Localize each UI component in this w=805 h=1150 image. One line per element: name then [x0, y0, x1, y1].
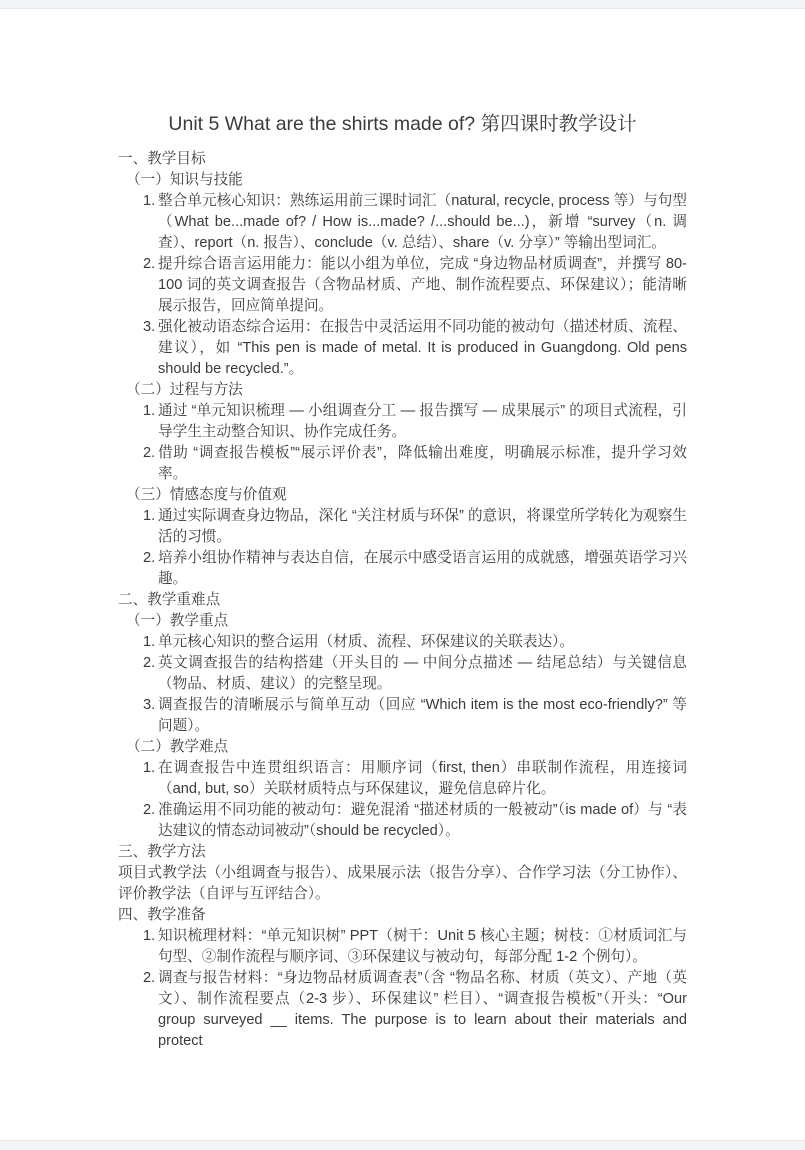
list-item: 2.准确运用不同功能的被动句：避免混淆 “描述材质的一般被动”（is made … — [118, 800, 687, 842]
list-item-number: 2. — [143, 443, 155, 464]
list-item-number: 2. — [143, 968, 155, 989]
list-item-number: 1. — [143, 632, 155, 653]
list-item-number: 3. — [143, 317, 155, 338]
list-item-number: 3. — [143, 695, 155, 716]
list-item: 1.通过实际调查身边物品，深化 “关注材质与环保” 的意识，将课堂所学转化为观察… — [118, 506, 687, 548]
list-item-text: 单元核心知识的整合运用（材质、流程、环保建议的关联表达）。 — [158, 634, 574, 650]
list-item: 1.在调查报告中连贯组织语言：用顺序词（first, then）串联制作流程，用… — [118, 758, 687, 800]
list-item-text: 英文调查报告的结构搭建（开头目的 — 中间分点描述 — 结尾总结）与关键信息（物… — [158, 655, 687, 692]
list-item-text: 通过 “单元知识梳理 — 小组调查分工 — 报告撰写 — 成果展示” 的项目式流… — [158, 403, 687, 440]
list-item-number: 1. — [143, 506, 155, 527]
document-body: 一、教学目标（一）知识与技能1.整合单元核心知识：熟练运用前三课时词汇（natu… — [118, 149, 687, 1052]
list-item-text: 强化被动语态综合运用：在报告中灵活运用不同功能的被动句（描述材质、流程、建议），… — [158, 319, 687, 377]
list-item-text: 通过实际调查身边物品，深化 “关注材质与环保” 的意识，将课堂所学转化为观察生活… — [158, 508, 687, 545]
document-content: Unit 5 What are the shirts made of? 第四课时… — [118, 111, 687, 1052]
subsection-heading: （一）教学重点 — [118, 611, 687, 632]
list-item: 2.培养小组协作精神与表达自信，在展示中感受语言运用的成就感，增强英语学习兴趣。 — [118, 548, 687, 590]
list-item-number: 1. — [143, 758, 155, 779]
list-item-text: 准确运用不同功能的被动句：避免混淆 “描述材质的一般被动”（is made of… — [158, 802, 687, 839]
list-item: 2.调查与报告材料：“身边物品材质调查表”（含 “物品名称、材质（英文）、产地（… — [118, 968, 687, 1052]
list-item-number: 1. — [143, 191, 155, 212]
list-item-text: 知识梳理材料：“单元知识树” PPT（树干：Unit 5 核心主题；树枝：①材质… — [158, 928, 687, 965]
section-heading: 一、教学目标 — [118, 149, 687, 170]
list-item-text: 调查报告的清晰展示与简单互动（回应 “Which item is the mos… — [158, 697, 687, 734]
page-title: Unit 5 What are the shirts made of? 第四课时… — [118, 111, 687, 137]
list-item-number: 2. — [143, 800, 155, 821]
document-page: Unit 5 What are the shirts made of? 第四课时… — [0, 8, 805, 1141]
document-viewer: { "page": { "viewer_background": "#f3f4f… — [0, 0, 805, 1150]
list-item-number: 2. — [143, 548, 155, 569]
list-item-text: 培养小组协作精神与表达自信，在展示中感受语言运用的成就感，增强英语学习兴趣。 — [158, 550, 687, 587]
list-item-number: 1. — [143, 926, 155, 947]
subsection-heading: （二）过程与方法 — [118, 380, 687, 401]
list-item: 3.强化被动语态综合运用：在报告中灵活运用不同功能的被动句（描述材质、流程、建议… — [118, 317, 687, 380]
list-item: 1.知识梳理材料：“单元知识树” PPT（树干：Unit 5 核心主题；树枝：①… — [118, 926, 687, 968]
list-item: 1.整合单元核心知识：熟练运用前三课时词汇（natural, recycle, … — [118, 191, 687, 254]
list-item: 1.通过 “单元知识梳理 — 小组调查分工 — 报告撰写 — 成果展示” 的项目… — [118, 401, 687, 443]
list-item: 2.提升综合语言运用能力：能以小组为单位，完成 “身边物品材质调查”，并撰写 8… — [118, 254, 687, 317]
list-item-number: 1. — [143, 401, 155, 422]
list-item-text: 提升综合语言运用能力：能以小组为单位，完成 “身边物品材质调查”，并撰写 80-… — [158, 256, 687, 314]
list-item-text: 借助 “调查报告模板”“展示评价表”，降低输出难度，明确展示标准，提升学习效率。 — [158, 445, 687, 482]
list-item: 2.借助 “调查报告模板”“展示评价表”，降低输出难度，明确展示标准，提升学习效… — [118, 443, 687, 485]
list-item-text: 整合单元核心知识：熟练运用前三课时词汇（natural, recycle, pr… — [158, 193, 687, 251]
section-heading: 四、教学准备 — [118, 905, 687, 926]
paragraph: 项目式教学法（小组调查与报告）、成果展示法（报告分享）、合作学习法（分工协作）、… — [118, 863, 687, 905]
list-item-number: 2. — [143, 254, 155, 275]
subsection-heading: （三）情感态度与价值观 — [118, 485, 687, 506]
section-heading: 三、教学方法 — [118, 842, 687, 863]
list-item: 2.英文调查报告的结构搭建（开头目的 — 中间分点描述 — 结尾总结）与关键信息… — [118, 653, 687, 695]
section-heading: 二、教学重难点 — [118, 590, 687, 611]
subsection-heading: （二）教学难点 — [118, 737, 687, 758]
list-item-text: 调查与报告材料：“身边物品材质调查表”（含 “物品名称、材质（英文）、产地（英文… — [158, 970, 687, 1049]
list-item-text: 在调查报告中连贯组织语言：用顺序词（first, then）串联制作流程，用连接… — [158, 760, 687, 797]
list-item-number: 2. — [143, 653, 155, 674]
list-item: 3.调查报告的清晰展示与简单互动（回应 “Which item is the m… — [118, 695, 687, 737]
list-item: 1.单元核心知识的整合运用（材质、流程、环保建议的关联表达）。 — [118, 632, 687, 653]
subsection-heading: （一）知识与技能 — [118, 170, 687, 191]
